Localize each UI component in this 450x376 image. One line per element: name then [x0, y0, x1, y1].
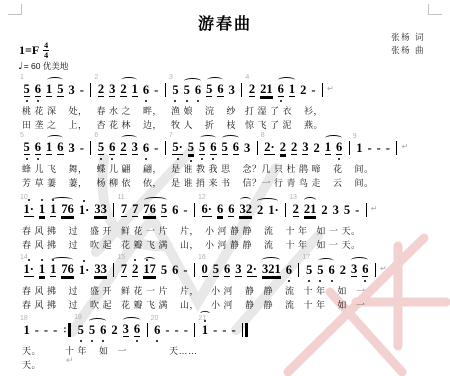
score-element: [396, 141, 397, 155]
barline: [322, 83, 323, 97]
score-element: [322, 83, 323, 97]
key-value: 1=F: [19, 43, 39, 58]
dash-note: -: [80, 142, 84, 155]
score-element: [241, 83, 242, 97]
slur-group: 36: [120, 323, 143, 337]
score-element: [242, 323, 243, 337]
note: 6: [336, 141, 342, 155]
staff-line: 181---∶19556236206---211---天。 十 年 如 一 天……: [18, 314, 249, 371]
note: 3: [244, 142, 250, 155]
measure-number: 11: [117, 194, 124, 201]
note: 5: [89, 324, 95, 337]
barline: [113, 263, 114, 277]
dash-note: -: [165, 324, 169, 337]
note: 6: [172, 204, 178, 217]
measure-number: 2: [94, 74, 98, 81]
line-return-mark: ↵: [327, 84, 334, 93]
note: 21: [304, 203, 317, 217]
barline: [298, 263, 299, 277]
note: 3: [132, 141, 138, 155]
measure-number: 13: [289, 194, 297, 201]
slur-group: 176: [48, 263, 77, 277]
note: 5: [344, 204, 350, 217]
measure-number: 15: [117, 254, 125, 261]
note: 6: [224, 263, 230, 277]
slur-group: 321: [259, 263, 283, 277]
measure-number: 7: [169, 132, 173, 139]
measure: 141·11761·33: [18, 254, 112, 283]
note: 3: [351, 263, 357, 277]
barline: [165, 141, 166, 155]
note: 2: [321, 204, 327, 217]
measure: 75·556563: [167, 132, 256, 161]
note: 1·: [79, 264, 89, 277]
lyrics-line: 天。 十 年 如 一 天……: [22, 346, 249, 357]
note: 2: [291, 141, 297, 155]
staff-line: 101·11761·3311777656-126·663221·13221235…: [18, 194, 377, 251]
barline: [194, 323, 195, 337]
note: 6: [109, 141, 115, 155]
dash-note: -: [231, 324, 235, 337]
slur-group: 56: [86, 324, 109, 337]
barline: [147, 323, 148, 337]
measure-number: 9: [353, 133, 357, 140]
dash-note: -: [377, 142, 381, 155]
slur-group: 56: [181, 84, 204, 97]
score-element: [165, 141, 166, 155]
measure: 19556236: [72, 314, 146, 343]
score-element: [165, 83, 166, 97]
score-element: [349, 141, 350, 155]
measure-number: 8: [261, 132, 265, 139]
note: 5: [213, 263, 219, 277]
note: 1: [325, 141, 331, 155]
score-element: [257, 141, 258, 155]
note: 1: [39, 203, 45, 217]
measure-number: 14: [20, 254, 28, 261]
note: 1: [289, 83, 295, 97]
slur-group: 21·: [254, 204, 281, 217]
note: 21: [260, 83, 273, 97]
measure-number: 5: [20, 132, 24, 139]
note: 1·: [79, 204, 89, 217]
note: 1: [202, 324, 208, 337]
note: 6: [210, 141, 216, 155]
barline: [285, 203, 286, 217]
page-title: 游春曲: [0, 11, 450, 34]
note: 5: [161, 203, 167, 217]
measure-number: 17: [302, 254, 310, 261]
note: 1·: [24, 203, 34, 217]
time-signature-top: 4: [43, 41, 49, 51]
slur-group: 16: [44, 141, 67, 155]
slur-group: 56: [204, 83, 227, 97]
final-barline: [242, 323, 248, 337]
measure-number: 20: [151, 315, 159, 322]
note: 6: [143, 142, 149, 155]
note: 3: [109, 83, 115, 97]
dash-note: -: [80, 84, 84, 97]
note: 5: [78, 324, 84, 337]
slur-group: 36: [348, 263, 371, 277]
slur-group: 61: [275, 83, 298, 97]
measure: 156153-: [18, 74, 89, 103]
rest-note: 0: [202, 263, 208, 277]
line-return-mark: ↵: [380, 264, 387, 273]
score-element: [194, 323, 195, 337]
slur-group: 56: [315, 264, 338, 277]
measure-number: 4: [245, 74, 249, 81]
barline: [241, 83, 242, 97]
measure: 1605632·3216: [196, 254, 297, 283]
measure-number: 1: [20, 74, 24, 81]
note: 2: [111, 324, 117, 337]
score-element: [194, 263, 195, 277]
notes-row: 156153-223216-35565634221612-↵: [18, 74, 334, 103]
slur-group: 23: [118, 141, 141, 155]
note: 76: [61, 263, 74, 277]
note: 5: [184, 84, 190, 97]
credits: 张杨 词 张杨 曲: [391, 31, 425, 57]
score-element: [147, 323, 148, 337]
note: 2: [120, 83, 126, 97]
barline: [90, 141, 91, 155]
dash-note: -: [183, 264, 187, 277]
note: 2: [132, 263, 138, 277]
note: 6: [35, 141, 41, 155]
note: 6: [100, 324, 106, 337]
note: 5: [98, 141, 104, 155]
dash-note: -: [386, 142, 390, 155]
measure: 15721756-: [115, 254, 193, 283]
note: 2: [249, 83, 255, 97]
note: 5: [57, 83, 63, 97]
note: 6: [217, 203, 223, 217]
slur-group: 15: [44, 83, 67, 97]
tempo-text: = 60 优美地: [24, 60, 69, 72]
lyrics-line: 春 风 拂 过 盛 开 鲜 花 一 片 片， 小 河 静 静 流 十 年 如 一: [22, 286, 387, 297]
slur-group: 17: [141, 263, 159, 277]
document-content: 游春曲 张杨 词 张杨 曲 1=F 4 4 ♩ = 60 优美地 156153-…: [0, 0, 450, 376]
measure: 91---: [351, 133, 396, 161]
tempo: ♩ = 60 优美地: [18, 60, 68, 72]
slur-group: 16: [322, 141, 345, 155]
notes-row: 556163-656236-75·55656382·22321691---↵: [18, 132, 408, 161]
note: 1: [50, 263, 56, 277]
note: 33: [94, 263, 107, 277]
score-element: [194, 203, 195, 217]
note: 6: [362, 263, 368, 277]
score-element: [68, 323, 71, 337]
line-return-mark: ↵: [401, 142, 408, 151]
note: 33: [94, 203, 107, 217]
lyrics-line: 桃 花 深 处， 春 水 之 畔， 渔 娘 浣 纱 打 湿 了 衣 衫，: [22, 106, 334, 117]
barline: [165, 83, 166, 97]
note: 2: [257, 204, 263, 217]
note: 1: [39, 263, 45, 277]
barline: [366, 203, 367, 217]
note: 2: [280, 141, 286, 155]
staff-line: 141·11761·3315721756-1605632·32161755623…: [18, 254, 387, 311]
note: 2·: [247, 263, 257, 277]
score-element: [285, 203, 286, 217]
note: 1: [356, 142, 362, 155]
note: 2: [120, 141, 126, 155]
measure: 223216-: [92, 74, 163, 103]
dash-note: -: [175, 324, 179, 337]
slur-group: 32: [237, 203, 255, 217]
note: 6: [57, 141, 63, 155]
measure: 3556563: [167, 74, 241, 103]
slur-group: 56: [219, 141, 242, 155]
measure: 11777656-: [115, 194, 193, 223]
lyrics-line: 田 垄 之 上， 杏 花 林 边， 牧 人 折 枝 惊 飞 了 泥 燕。: [22, 120, 334, 131]
measure: 181---: [18, 315, 63, 343]
note: 3: [69, 142, 75, 155]
measure-number: 18: [20, 315, 28, 322]
note: 3: [69, 84, 75, 97]
note: 5: [24, 83, 30, 97]
note: 6: [154, 324, 160, 337]
note: 1: [24, 324, 30, 337]
dash-note: -: [213, 324, 217, 337]
slur-group: 56: [197, 141, 220, 155]
measure-number: 12: [198, 194, 206, 201]
note: 1: [132, 83, 138, 97]
key-signature: 1=F 4 4: [19, 41, 49, 60]
barline: [113, 203, 114, 217]
note: 5·: [172, 141, 182, 155]
measure-number: 6: [94, 132, 98, 139]
measure: 556163-: [18, 132, 89, 161]
note: 2: [313, 142, 319, 155]
dash-note: -: [35, 324, 39, 337]
dash-note: -: [53, 324, 57, 337]
note: 6: [172, 264, 178, 277]
dash-note: -: [367, 142, 371, 155]
measure-number: 3: [169, 74, 173, 81]
time-signature-bottom: 4: [44, 51, 48, 60]
score-element: [113, 203, 114, 217]
note: 2: [300, 84, 306, 97]
note: 6: [233, 141, 239, 155]
dash-note: -: [154, 84, 158, 97]
score-element: [90, 83, 91, 97]
slur-group: 765: [141, 203, 170, 217]
note: 6: [143, 84, 149, 97]
dash-note: -: [44, 324, 48, 337]
note: 7: [121, 203, 127, 217]
note: 1: [46, 141, 52, 155]
note: 5: [317, 264, 323, 277]
dash-note: -: [183, 204, 187, 217]
measure: 211---: [196, 315, 241, 343]
lyrics-line: 春 风 拂 过 吹 起 花 瓣 飞 满 山， 小 河 静 静 流 十 年 如 一: [22, 300, 387, 311]
note: 17: [143, 263, 156, 277]
barline: [194, 263, 195, 277]
note: 5: [172, 84, 178, 97]
notes-row: 181---∶19556236206---211---: [18, 314, 249, 343]
credit-composer: 张杨 曲: [391, 44, 425, 57]
note: 76: [61, 203, 74, 217]
measure: 101·11761·33: [18, 194, 112, 223]
note: 7: [121, 263, 127, 277]
lyrics-line: 春 风 拂 过 吹 起 花 瓣 飞 满 山， 小 河 静 静 流 十 年 如 一…: [22, 240, 377, 251]
measure: 82·223216: [259, 132, 348, 161]
quarter-note-icon: ♩: [18, 61, 23, 72]
line-return-mark: ↵: [371, 204, 378, 213]
score-element: [375, 263, 376, 277]
barline: [396, 141, 397, 155]
slur-group: 21: [301, 203, 319, 217]
score-element: [90, 141, 91, 155]
note: 6: [195, 84, 201, 97]
note: 6·: [202, 203, 212, 217]
note: 5: [206, 83, 212, 97]
slur-group: 176: [48, 203, 77, 217]
note: 3: [235, 263, 241, 277]
notes-row: 141·11761·3315721756-1605632·32161755623…: [18, 254, 387, 283]
lyrics-line: 天。: [22, 360, 249, 371]
measure: 126·663221·: [196, 194, 284, 223]
score-element: [245, 323, 248, 337]
credit-lyricist: 张杨 词: [391, 31, 425, 44]
dash-note: -: [311, 84, 315, 97]
note: 3: [229, 84, 235, 97]
measure-number: 10: [20, 194, 28, 201]
barline: [349, 141, 350, 155]
measure-number: 16: [198, 254, 206, 261]
time-signature: 4 4: [43, 41, 49, 60]
note: 3: [333, 204, 339, 217]
measure: 17556236: [300, 254, 374, 283]
lyrics-line: 春 风 拂 过 盛 开 鲜 花 一 片 片， 小 河 静 静 流 十 年 如 一…: [22, 226, 377, 237]
note: 6: [35, 83, 41, 97]
note: 5: [161, 264, 167, 277]
note: 3: [302, 141, 308, 155]
note: 321: [262, 263, 281, 277]
note: 1·: [268, 204, 278, 217]
note: 5: [222, 141, 228, 155]
note: 3: [123, 323, 129, 337]
dash-note: -: [222, 324, 226, 337]
score-page: 游春曲 张杨 词 张杨 曲 1=F 4 4 ♩ = 60 优美地 156153-…: [0, 0, 450, 376]
score-element: [113, 263, 114, 277]
return-mark: ↵: [66, 355, 74, 366]
barline: [375, 263, 376, 277]
repeat-end-barline: ∶: [64, 323, 71, 337]
note: 6: [328, 264, 334, 277]
measure: 13221235-: [287, 194, 365, 223]
note: 2: [98, 83, 104, 97]
lyrics-line: 芳 草 萋 萋， 杨 柳 依 依， 是 谁 捎 来 书 信？一 行 青 鸟 走 …: [22, 178, 408, 189]
measure-number: 19: [74, 314, 82, 321]
note: 1: [46, 83, 52, 97]
measure: 4221612-: [243, 74, 321, 103]
barline: [194, 203, 195, 217]
note: 1: [50, 203, 56, 217]
note: 76: [143, 203, 156, 217]
measure: 656236-: [92, 132, 163, 161]
note: 6: [286, 264, 292, 277]
note: 5: [188, 141, 194, 155]
lyrics-line: 蜂 儿 飞 舞， 蝶 儿 翩 翩， 是 谁 教 我 思 念？几 只 杜 鹃 啼 …: [22, 164, 408, 175]
barline: [257, 141, 258, 155]
note: 5: [24, 141, 30, 155]
dash-note: -: [184, 324, 188, 337]
score-element: [298, 263, 299, 277]
note: 1·: [24, 263, 34, 277]
repeat-dots: ∶: [64, 326, 66, 335]
measure: 206---: [149, 315, 194, 343]
note: 7: [132, 203, 138, 217]
dash-note: -: [154, 142, 158, 155]
note: 2: [340, 264, 346, 277]
note: 32: [239, 203, 252, 217]
note: 2·: [264, 141, 274, 155]
dash-note: -: [355, 204, 359, 217]
barline: [90, 83, 91, 97]
staff-line: 156153-223216-35565634221612-↵桃 花 深 处， 春…: [18, 74, 334, 131]
staff-line: 556163-656236-75·55656382·22321691---↵蜂 …: [18, 132, 408, 189]
score-element: [366, 203, 367, 217]
note: 6: [278, 83, 284, 97]
note: 6: [134, 323, 140, 337]
note: 2: [293, 203, 299, 217]
notes-row: 101·11761·3311777656-126·663221·13221235…: [18, 194, 377, 223]
note: 6: [228, 203, 234, 217]
note: 6: [217, 83, 223, 97]
note: 5: [199, 141, 205, 155]
note: 5: [306, 264, 312, 277]
slur-group: 21: [118, 83, 141, 97]
